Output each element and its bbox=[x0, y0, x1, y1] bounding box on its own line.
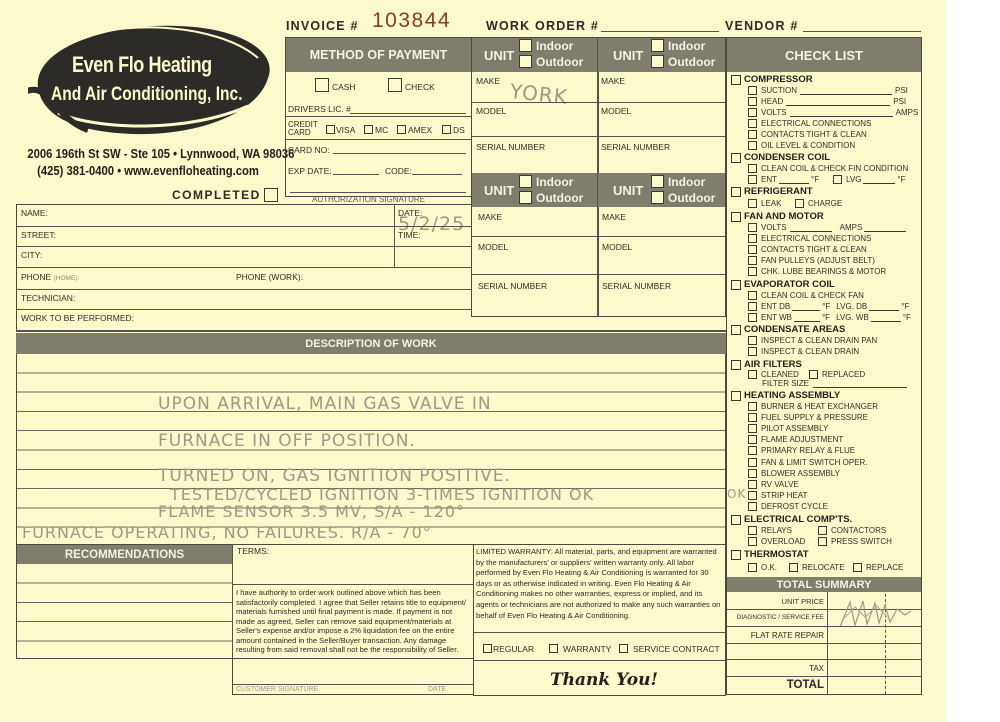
flat-rate-repair-label: FLAT RATE REPAIR bbox=[730, 631, 824, 640]
divider bbox=[473, 660, 726, 661]
heating-item-checkbox[interactable]: FUEL SUPPLY & PRESSURE bbox=[748, 413, 868, 422]
card-no-field[interactable] bbox=[333, 153, 466, 154]
condensate-areas-checkbox[interactable]: CONDENSATE AREAS bbox=[731, 324, 845, 335]
divider bbox=[16, 330, 726, 332]
heating-item-checkbox[interactable]: FLAME ADJUSTMENT bbox=[748, 435, 843, 444]
divider bbox=[286, 116, 471, 117]
description-line-6: FURNACE OPERATING, NO FAILURES. R/A - 70… bbox=[22, 523, 432, 542]
exp-date-label: EXP DATE: bbox=[288, 166, 332, 176]
code-label: CODE: bbox=[385, 166, 412, 176]
unit-2-serial-label: SERIAL NUMBER bbox=[601, 142, 670, 152]
thank-you-text: Thank You! bbox=[550, 670, 658, 690]
clean-coil-fin-checkbox[interactable]: CLEAN COIL & CHECK FIN CONDITION bbox=[748, 164, 908, 173]
cleaned-checkbox[interactable]: CLEANED bbox=[748, 370, 799, 379]
ds-checkbox[interactable] bbox=[442, 125, 451, 134]
warranty-label: WARRANTY bbox=[563, 644, 611, 654]
thermostat-ok-checkbox[interactable]: O.K. bbox=[748, 563, 777, 572]
service-contract-checkbox[interactable] bbox=[619, 644, 628, 653]
unit-1-model-label: MODEL bbox=[476, 106, 506, 116]
electrical-connections-checkbox[interactable]: ELECTRICAL CONNECTIONS bbox=[748, 119, 871, 128]
work-order-field[interactable] bbox=[601, 31, 719, 32]
description-line-3: TURNED ON, GAS IGNITION POSITIVE. bbox=[158, 466, 511, 486]
description-title: DESCRIPTION OF WORK bbox=[16, 333, 726, 354]
unit-2-indoor-label: Indoor bbox=[668, 39, 705, 53]
unit-4-serial-label: SERIAL NUMBER bbox=[602, 281, 671, 291]
fan-volts-checkbox[interactable]: VOLTSAMPS bbox=[748, 223, 906, 232]
heating-assembly-checkbox[interactable]: HEATING ASSEMBLY bbox=[731, 390, 840, 401]
condenser-coil-checkbox[interactable]: CONDENSER COIL bbox=[731, 152, 830, 163]
signature-box bbox=[232, 659, 474, 695]
amex-checkbox[interactable] bbox=[397, 125, 406, 134]
company-logo-icon bbox=[28, 18, 278, 140]
compressor-checkbox[interactable]: COMPRESSOR bbox=[731, 74, 813, 85]
thermostat-checkbox[interactable]: THERMOSTAT bbox=[731, 549, 809, 560]
divider bbox=[16, 309, 472, 310]
unit-1-outdoor-checkbox[interactable] bbox=[519, 55, 532, 68]
unit-2-outdoor-checkbox[interactable] bbox=[651, 55, 664, 68]
unit-1-indoor-checkbox[interactable] bbox=[519, 39, 532, 52]
description-line-5: FLAME SENSOR 3.5 MV, S/A - 120° bbox=[158, 502, 465, 521]
divider bbox=[472, 236, 725, 237]
unit-2-indoor-checkbox[interactable] bbox=[651, 39, 664, 52]
regular-label: REGULAR bbox=[493, 644, 534, 654]
drivers-lic-label: DRIVERS LIC. # bbox=[288, 104, 351, 114]
head-checkbox[interactable]: HEADPSI bbox=[748, 97, 906, 106]
payment-title: METHOD OF PAYMENT bbox=[286, 38, 471, 72]
name-label[interactable]: NAME: bbox=[21, 208, 48, 218]
unit-2-make-label: MAKE bbox=[601, 76, 625, 86]
heating-item-checkbox[interactable]: PILOT ASSEMBLY bbox=[748, 424, 828, 433]
suction-checkbox[interactable]: SUCTIONPSI bbox=[748, 86, 908, 95]
description-line-1: UPON ARRIVAL, MAIN GAS VALVE IN bbox=[158, 394, 492, 414]
summary-title: TOTAL SUMMARY bbox=[727, 577, 921, 592]
divider bbox=[727, 676, 921, 677]
air-filters-checkbox[interactable]: AIR FILTERS bbox=[731, 359, 802, 370]
unit-3-outdoor-label: Outdoor bbox=[536, 191, 583, 205]
unit-3-model-label: MODEL bbox=[478, 242, 508, 252]
amex-label: AMEX bbox=[408, 125, 432, 135]
invoice-number: 103844 bbox=[372, 9, 451, 33]
divider bbox=[16, 226, 472, 227]
work-order-label: Work Order # bbox=[486, 19, 599, 33]
heating-item-checkbox[interactable]: BLOWER ASSEMBLY bbox=[748, 469, 840, 478]
unit-3-label: UNIT bbox=[484, 183, 514, 198]
evaporator-coil-checkbox[interactable]: EVAPORATOR COIL bbox=[731, 279, 835, 290]
heating-item-checkbox[interactable]: STRIP HEAT bbox=[748, 491, 807, 500]
recommendations-area[interactable] bbox=[17, 564, 232, 659]
unit-1-label: UNIT bbox=[484, 48, 514, 63]
chk-lube-checkbox[interactable]: CHK. LUBE BEARINGS & MOTOR bbox=[748, 267, 886, 276]
check-label: CHECK bbox=[405, 82, 435, 92]
clean-coil-fan-checkbox[interactable]: CLEAN COIL & CHECK FAN bbox=[748, 291, 864, 300]
unit-4-model-label: MODEL bbox=[602, 242, 632, 252]
unit-2-model-label: MODEL bbox=[601, 106, 631, 116]
description-line-2: FURNACE IN OFF POSITION. bbox=[158, 431, 416, 451]
technician-label[interactable]: TECHNICIAN: bbox=[21, 293, 75, 303]
divider bbox=[727, 659, 921, 660]
heating-item-checkbox[interactable]: DEFROST CYCLE bbox=[748, 502, 828, 511]
street-label[interactable]: STREET: bbox=[21, 230, 56, 240]
unit-3-indoor-label: Indoor bbox=[536, 175, 573, 189]
mc-checkbox[interactable] bbox=[364, 125, 373, 134]
press-switch-checkbox[interactable]: PRESS SWITCH bbox=[818, 537, 892, 546]
mc-label: MC bbox=[375, 125, 388, 135]
terms-text: I have authority to order work outlined … bbox=[236, 588, 470, 655]
ent-wb-checkbox[interactable]: ENT WB°FLVG. WB°F bbox=[748, 313, 911, 322]
fan-motor-checkbox[interactable]: FAN AND MOTOR bbox=[731, 211, 824, 222]
fan-electrical-connections-checkbox[interactable]: ELECTRICAL CONNECTIONS bbox=[748, 234, 871, 243]
unit-4-make-label: MAKE bbox=[602, 212, 626, 222]
vendor-label: Vendor # bbox=[725, 19, 799, 33]
unit-3-outdoor-checkbox[interactable] bbox=[519, 191, 532, 204]
unit-3-make-label: MAKE bbox=[478, 212, 502, 222]
warranty-checkbox[interactable] bbox=[549, 644, 558, 653]
electrical-compts-checkbox[interactable]: ELECTRICAL COMP'TS. bbox=[731, 514, 852, 525]
invoice-label: Invoice # bbox=[286, 19, 359, 33]
heating-item-checkbox[interactable]: BURNER & HEAT EXCHANGER bbox=[748, 402, 878, 411]
unit-1-serial-label: SERIAL NUMBER bbox=[476, 142, 545, 152]
unit-1-indoor-label: Indoor bbox=[536, 39, 573, 53]
auth-signature-label: AUTHORIZATION SIGNATURE bbox=[312, 195, 425, 204]
unit-4-outdoor-checkbox[interactable] bbox=[651, 191, 664, 204]
drivers-lic-field[interactable] bbox=[350, 113, 466, 114]
unit-2-label: UNIT bbox=[613, 48, 643, 63]
divider bbox=[473, 632, 726, 633]
divider bbox=[16, 289, 472, 290]
divider bbox=[727, 643, 921, 644]
code-field[interactable] bbox=[412, 174, 462, 175]
company-address: 2006 196th St SW - Ste 105 • Lynnwood, W… bbox=[27, 147, 268, 161]
divider bbox=[16, 267, 472, 268]
logo-line-2: And Air Conditioning, Inc. bbox=[51, 84, 243, 106]
drain-pan-checkbox[interactable]: INSPECT & CLEAN DRAIN PAN bbox=[748, 336, 877, 345]
divider bbox=[394, 204, 395, 267]
total-label: TOTAL bbox=[730, 679, 824, 691]
unit-1-make-label: MAKE bbox=[476, 76, 500, 86]
credit-card-label: CREDIT CARD bbox=[288, 121, 320, 137]
contacts-checkbox[interactable]: CONTACTS TIGHT & CLEAN bbox=[748, 130, 867, 139]
fan-contacts-checkbox[interactable]: CONTACTS TIGHT & CLEAN bbox=[748, 245, 867, 254]
heating-item-checkbox[interactable]: FAN & LIMIT SWITCH OPER. bbox=[748, 458, 868, 467]
terms-label: TERMS: bbox=[237, 546, 269, 556]
cash-checkbox[interactable] bbox=[315, 78, 329, 92]
divider bbox=[727, 626, 921, 627]
divider bbox=[472, 102, 725, 103]
unit-4-label: UNIT bbox=[613, 183, 643, 198]
divider bbox=[16, 246, 472, 247]
heating-item-checkbox[interactable]: PRIMARY RELAY & FLUE bbox=[748, 446, 855, 455]
heating-item-checkbox[interactable]: RV VALVE bbox=[748, 480, 799, 489]
divider bbox=[286, 139, 471, 140]
overload-checkbox[interactable]: OVERLOAD bbox=[748, 537, 805, 546]
unit-price-label: UNIT PRICE bbox=[730, 597, 824, 606]
oil-level-checkbox[interactable]: OIL LEVEL & CONDITION bbox=[748, 141, 855, 150]
unit-4-indoor-label: Indoor bbox=[668, 175, 705, 189]
card-no-label: CARD NO: bbox=[288, 145, 330, 155]
phone-home-label[interactable]: PHONE (HOME): bbox=[21, 272, 79, 282]
lvg-checkbox[interactable]: LVG°F bbox=[833, 175, 906, 184]
unit-4-outdoor-label: Outdoor bbox=[668, 191, 715, 205]
leak-checkbox[interactable]: LEAK bbox=[748, 199, 781, 208]
fan-pulleys-checkbox[interactable]: FAN PULLEYS (ADJUST BELT) bbox=[748, 256, 875, 265]
divider bbox=[232, 584, 474, 585]
charge-checkbox[interactable]: CHARGE bbox=[795, 199, 842, 208]
warranty-text: LIMITED WARRANTY: All material, parts, a… bbox=[476, 547, 724, 621]
unit-4-indoor-checkbox[interactable] bbox=[651, 175, 664, 188]
authorization-signature-field[interactable] bbox=[290, 192, 466, 193]
ds-label: DS bbox=[453, 125, 465, 135]
recommendations-title: RECOMMENDATIONS bbox=[17, 545, 232, 564]
filter-size-field[interactable]: FILTER SIZE bbox=[762, 379, 907, 388]
diagnostic-fee-label: DIAGNOSTIC / SERVICE FEE bbox=[730, 614, 824, 621]
ent-db-checkbox[interactable]: ENT DB°FLVG. DB°F bbox=[748, 302, 909, 311]
completed-label: Completed bbox=[172, 188, 261, 202]
invoice-paper: Even Flo Heating And Air Conditioning, I… bbox=[0, 0, 946, 722]
completed-checkbox[interactable] bbox=[264, 188, 278, 202]
city-label[interactable]: CITY: bbox=[21, 250, 42, 260]
checklist-title: CHECK LIST bbox=[727, 38, 921, 72]
logo-line-1: Even Flo Heating bbox=[72, 52, 207, 78]
service-contract-label: SERVICE CONTRACT bbox=[633, 644, 720, 654]
unit-3-indoor-checkbox[interactable] bbox=[519, 175, 532, 188]
regular-checkbox[interactable] bbox=[483, 644, 492, 653]
unit-3-serial-label: SERIAL NUMBER bbox=[478, 281, 547, 291]
company-contact: (425) 381-0400 • www.evenfloheating.com bbox=[27, 164, 268, 178]
phone-work-label[interactable]: PHONE (WORK): bbox=[236, 272, 303, 282]
refrigerant-checkbox[interactable]: REFRIGERANT bbox=[731, 186, 813, 197]
vendor-field[interactable] bbox=[803, 31, 921, 32]
ok-handwritten-note: OK bbox=[727, 487, 746, 501]
cash-label: CASH bbox=[332, 82, 356, 92]
work-to-be-performed-label[interactable]: WORK TO BE PERFORMED: bbox=[21, 313, 134, 323]
exp-date-field[interactable] bbox=[333, 174, 379, 175]
contactors-checkbox[interactable]: CONTACTORS bbox=[818, 526, 886, 535]
drain-checkbox[interactable]: INSPECT & CLEAN DRAIN bbox=[748, 347, 859, 356]
unit-2-outdoor-label: Outdoor bbox=[668, 55, 715, 69]
tax-label: TAX bbox=[730, 664, 824, 673]
visa-checkbox[interactable] bbox=[326, 125, 335, 134]
relocate-checkbox[interactable]: RELOCATE bbox=[789, 563, 845, 572]
volts-checkbox[interactable]: VOLTSAMPS bbox=[748, 108, 918, 117]
replaced-checkbox[interactable]: REPLACED bbox=[809, 370, 865, 379]
replace-checkbox[interactable]: REPLACE bbox=[853, 563, 903, 572]
visa-label: VISA bbox=[336, 125, 355, 135]
ent-checkbox[interactable]: ENT°F bbox=[748, 175, 819, 184]
unit-1-outdoor-label: Outdoor bbox=[536, 55, 583, 69]
divider bbox=[472, 274, 725, 275]
relays-checkbox[interactable]: RELAYS bbox=[748, 526, 792, 535]
divider bbox=[472, 136, 725, 137]
time-label: TIME: bbox=[398, 230, 421, 240]
divider bbox=[232, 544, 233, 659]
check-checkbox[interactable] bbox=[388, 78, 402, 92]
